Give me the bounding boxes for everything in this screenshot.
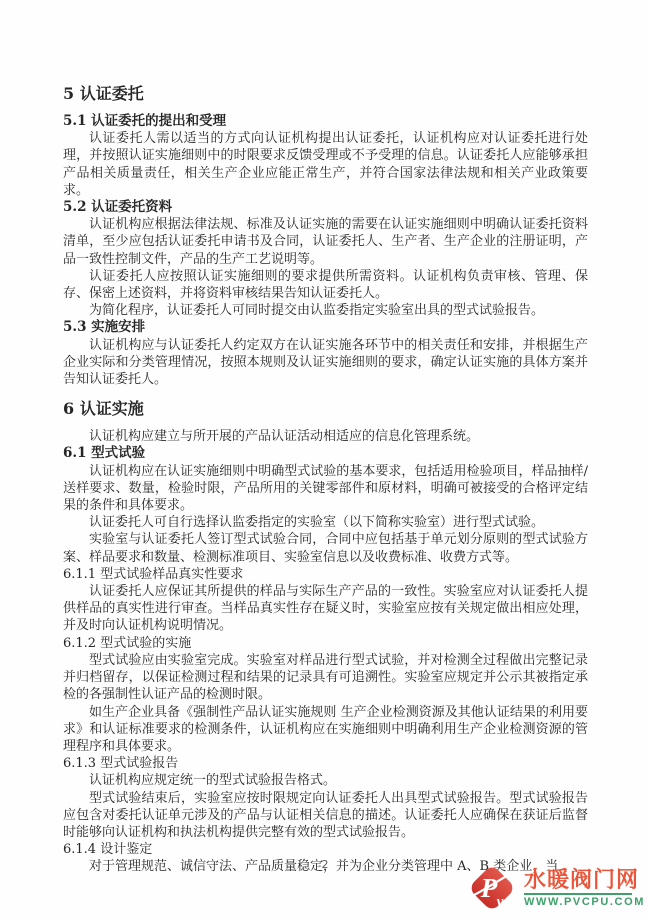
- section-heading-h3: 6.1.1 型式试验样品真实性要求: [63, 566, 588, 583]
- section-heading-h2: 6.1 型式试验: [63, 445, 588, 462]
- watermark-site-name: 水暖阀门网: [524, 868, 639, 892]
- paragraph: 认证委托人应按照认证实施细则的要求提供所需资料。认证机构负责审核、管理、保存、保…: [63, 268, 588, 302]
- section-heading-h1: 5 认证委托: [63, 84, 588, 104]
- section-heading-h3: 6.1.2 型式试验的实施: [63, 635, 588, 652]
- paragraph: 认证机构应在认证实施细则中明确型式试验的基本要求，包括适用检验项目，样品抽样/送…: [63, 463, 588, 515]
- scanned-document-page: { "page": { "number": "2" }, "document":…: [0, 0, 650, 920]
- paragraph: 认证机构应规定统一的型式试验报告格式。: [63, 772, 588, 789]
- watermark-divider: [524, 893, 632, 895]
- section-heading-h2: 5.2 认证委托资料: [63, 199, 588, 216]
- section-heading-h1: 6 认证实施: [63, 399, 588, 419]
- paragraph: 认证机构应与认证委托人约定双方在认证实施各环节中的相关责任和安排，并根据生产企业…: [63, 337, 588, 389]
- paragraph: 型式试验结束后，实验室应按时限规定向认证委托人出具型式试验报告。型式试验报告应包…: [63, 790, 588, 842]
- paragraph: 认证委托人需以适当的方式向认证机构提出认证委托，认证机构应对认证委托进行处理，并…: [63, 130, 588, 199]
- page-background: 5 认证委托5.1 认证委托的提出和受理认证委托人需以适当的方式向认证机构提出认…: [0, 0, 650, 920]
- paragraph: 实验室与认证委托人签订型式试验合同，合同中应包括基于单元划分原则的型式试验方案、…: [63, 531, 588, 565]
- section-heading-h3: 6.1.4 设计鉴定: [63, 841, 588, 858]
- paragraph: 认证委托人可自行选择认监委指定的实验室（以下简称实验室）进行型式试验。: [63, 514, 588, 531]
- site-watermark: P v 水暖阀门网 WWW.PVCPU.COM: [464, 860, 645, 916]
- paragraph: 如生产企业具备《强制性产品认证实施规则 生产企业检测资源及其他认证结果的利用要求…: [63, 704, 588, 756]
- paragraph: 认证委托人应保证其所提供的样品与实际生产产品的一致性。实验室应对认证委托人提供样…: [63, 583, 588, 635]
- watermark-site-url: WWW.PVCPU.COM: [524, 896, 645, 908]
- section-heading-h3: 6.1.3 型式试验报告: [63, 755, 588, 772]
- paragraph: 为简化程序，认证委托人可同时提交由认监委指定实验室出具的型式试验报告。: [63, 302, 588, 319]
- paragraph: 认证机构应建立与所开展的产品认证活动相适应的信息化管理系统。: [63, 428, 588, 445]
- logo-letter-v: v: [497, 894, 504, 910]
- pv-logo-icon: P v: [464, 860, 520, 916]
- section-heading-h2: 5.1 认证委托的提出和受理: [63, 113, 588, 130]
- paragraph: 型式试验应由实验室完成。实验室对样品进行型式试验，并对检测全过程做出完整记录并归…: [63, 652, 588, 704]
- logo-letter-p: P: [480, 873, 498, 903]
- section-heading-h2: 5.3 实施安排: [63, 319, 588, 336]
- watermark-text-block: 水暖阀门网 WWW.PVCPU.COM: [524, 868, 645, 908]
- paragraph: 认证机构应根据法律法规、标准及认证实施的需要在认证实施细则中明确认证委托资料清单…: [63, 216, 588, 268]
- document-body: 5 认证委托5.1 认证委托的提出和受理认证委托人需以适当的方式向认证机构提出认…: [63, 84, 588, 876]
